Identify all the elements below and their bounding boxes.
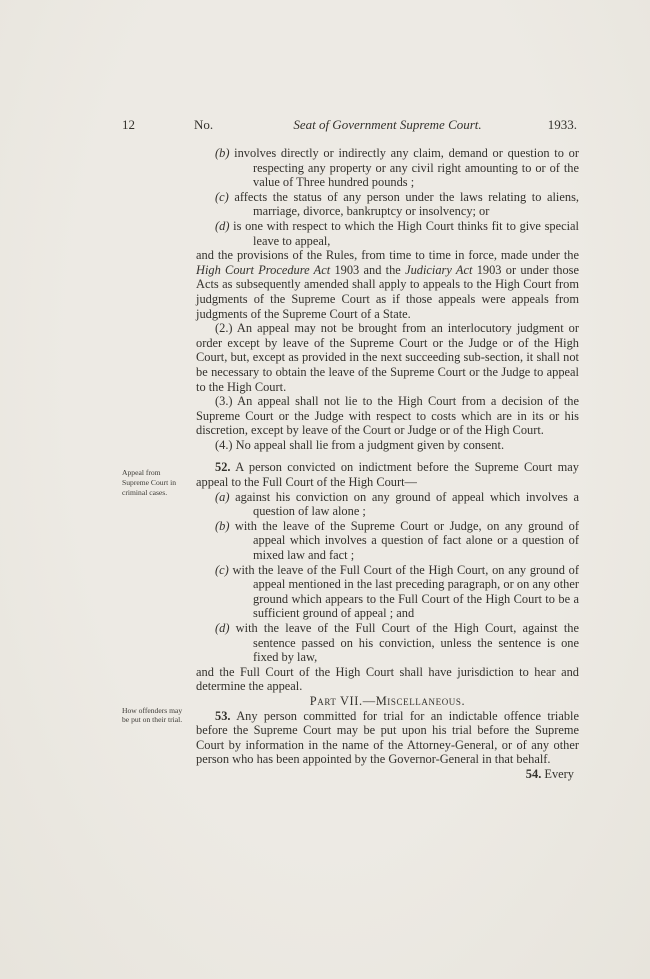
running-header: 12 No. Seat of Government Supreme Court.… (0, 117, 650, 135)
document-page: 12 No. Seat of Government Supreme Court.… (0, 0, 650, 979)
section-53: How offenders may be put on their trial.… (196, 709, 579, 767)
item-label: (b) (215, 519, 229, 533)
section-text: Any person committed for trial for an in… (196, 709, 579, 767)
paragraph-rules: and the provisions of the Rules, from ti… (196, 248, 579, 321)
item-text: with the leave of the Supreme Court or J… (235, 519, 579, 562)
page-number: 12 (122, 117, 135, 133)
paragraph-sub3: (3.) An appeal shall not lie to the High… (196, 394, 579, 438)
text-column: (b) involves directly or indirectly any … (196, 146, 579, 782)
margin-note-53: How offenders may be put on their trial. (122, 706, 188, 726)
section-53-text: 53. Any person committed for trial for a… (196, 709, 579, 767)
section-52-intro: 52. A person convicted on indictment bef… (196, 460, 579, 489)
catchword-text: Every (544, 767, 574, 781)
item-label: (d) (215, 219, 229, 233)
part-vii-heading: Part VII.—Miscellaneous. (196, 694, 579, 709)
list-item-51d: (d) is one with respect to which the Hig… (196, 219, 579, 248)
item-text: involves directly or indirectly any clai… (234, 146, 579, 189)
running-title: Seat of Government Supreme Court. (196, 117, 579, 133)
item-label: (c) (215, 563, 229, 577)
year-label: 1933. (548, 117, 577, 133)
list-item-52a: (a) against his conviction on any ground… (196, 490, 579, 519)
list-item-51c: (c) affects the status of any person und… (196, 190, 579, 219)
section-52-closing: and the Full Court of the High Court sha… (196, 665, 579, 694)
margin-note-52: Appeal from Supreme Court in criminal ca… (122, 468, 188, 497)
act-name-italic: High Court Procedure Act (196, 263, 330, 277)
catchword-number: 54. (526, 767, 542, 781)
text-segment: and the provisions of the Rules, from ti… (196, 248, 579, 262)
list-item-52d: (d) with the leave of the Full Court of … (196, 621, 579, 665)
list-item-52c: (c) with the leave of the Full Court of … (196, 563, 579, 621)
item-label: (b) (215, 146, 229, 160)
item-text: affects the status of any person under t… (234, 190, 579, 219)
item-label: (d) (215, 621, 229, 635)
paragraph-sub2: (2.) An appeal may not be brought from a… (196, 321, 579, 394)
catchword: 54. Every (196, 767, 579, 782)
section-number: 52. (215, 460, 231, 474)
list-item-52b: (b) with the leave of the Supreme Court … (196, 519, 579, 563)
text-segment: 1903 and the (334, 263, 400, 277)
item-text: with the leave of the Full Court of the … (236, 621, 579, 664)
act-name-italic: Judiciary Act (405, 263, 472, 277)
section-number: 53. (215, 709, 231, 723)
item-text: is one with respect to which the High Co… (233, 219, 579, 248)
section-text: A person convicted on indictment before … (196, 460, 579, 489)
paragraph-sub4: (4.) No appeal shall lie from a judgment… (196, 438, 579, 453)
item-label: (c) (215, 190, 229, 204)
item-text: against his conviction on any ground of … (235, 490, 579, 519)
list-item-51b: (b) involves directly or indirectly any … (196, 146, 579, 190)
section-52: Appeal from Supreme Court in criminal ca… (196, 460, 579, 694)
item-text: with the leave of the Full Court of the … (233, 563, 580, 621)
item-label: (a) (215, 490, 229, 504)
